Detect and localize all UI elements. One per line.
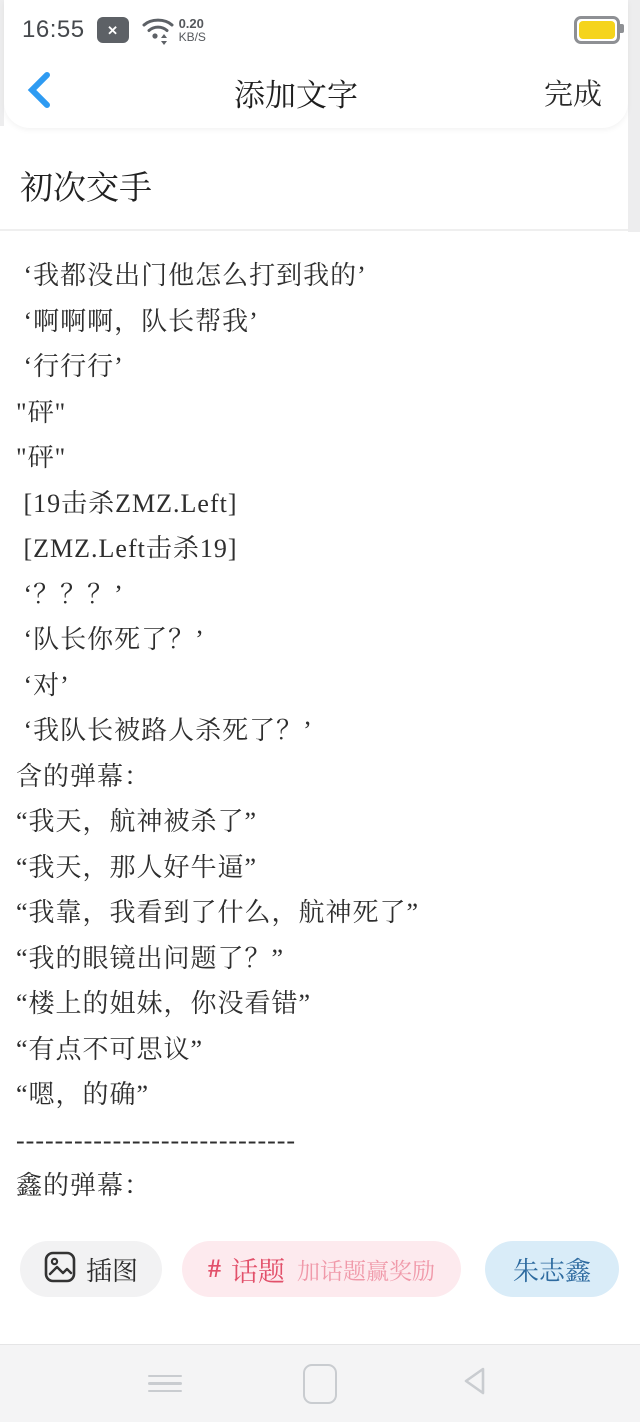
back-triangle-icon	[457, 1363, 493, 1404]
text-line: ‘对’	[16, 663, 626, 709]
page-background-strip	[628, 0, 640, 232]
text-line: “我天，那人好牛逼”	[16, 845, 626, 891]
document-title: 初次交手	[0, 128, 640, 209]
text-editor-area[interactable]: ‘我都没出门他怎么打到我的’ ‘啊啊啊，队长帮我’ ‘行行行’"砰""砰" [1…	[0, 233, 640, 1232]
topic-hint: 加话题赢奖励	[297, 1253, 435, 1286]
text-line: "砰"	[16, 435, 626, 481]
text-line: “楼上的姐妹，你没看错”	[16, 981, 626, 1027]
text-line: [19击杀ZMZ.Left]	[16, 481, 626, 527]
text-line: “有点不可思议”	[16, 1027, 626, 1073]
text-line: 鑫的弹幕：	[16, 1163, 626, 1209]
image-icon	[44, 1251, 76, 1288]
home-button[interactable]	[295, 1359, 345, 1409]
chevron-left-icon	[27, 71, 51, 114]
topic-label: 话题	[231, 1250, 285, 1289]
wifi-icon	[141, 15, 175, 45]
text-line: ‘行行行’	[16, 344, 626, 390]
text-line: [ZMZ.Left击杀19]	[16, 526, 626, 572]
battery-icon	[574, 16, 620, 44]
recents-button[interactable]	[140, 1359, 190, 1409]
home-icon	[303, 1364, 337, 1404]
tag-label: 朱志鑫	[513, 1251, 591, 1288]
text-line: "砰"	[16, 390, 626, 436]
text-line: ‘我都没出门他怎么打到我的’	[16, 253, 626, 299]
no-sim-icon: ✕	[97, 17, 129, 43]
battery-fill	[579, 21, 615, 39]
back-button[interactable]	[4, 60, 74, 124]
status-bar: 16:55 ✕ 0.20 KB/S	[22, 12, 620, 48]
title-field[interactable]: 初次交手	[0, 128, 640, 231]
clock: 16:55	[22, 16, 85, 44]
back-nav-button[interactable]	[450, 1359, 500, 1409]
text-line: ‘？？？’	[16, 572, 626, 618]
text-line: ‘队长你死了？’	[16, 617, 626, 663]
text-line: 含的弹幕：	[16, 754, 626, 800]
text-line: “我的眼镜出问题了？”	[16, 936, 626, 982]
network-speed-value: 0.20	[179, 17, 206, 31]
hash-icon: #	[208, 1254, 221, 1284]
insert-image-label: 插图	[86, 1251, 138, 1288]
network-speed: 0.20 KB/S	[179, 17, 206, 43]
text-line: “嗯，的确”	[16, 1072, 626, 1118]
page-title: 添加文字	[74, 70, 518, 115]
done-button[interactable]: 完成	[518, 60, 628, 124]
tag-chip-zhuzhixin[interactable]: 朱志鑫	[485, 1241, 619, 1297]
system-navigation-bar	[0, 1344, 640, 1422]
header-card: 16:55 ✕ 0.20 KB/S	[4, 0, 628, 128]
text-line: -----------------------------	[16, 1118, 626, 1164]
insert-image-button[interactable]: 插图	[20, 1241, 162, 1297]
recents-icon	[148, 1370, 182, 1398]
nav-bar: 添加文字 完成	[4, 60, 628, 124]
text-line: ‘我队长被路人杀死了？’	[16, 708, 626, 754]
battery-nub	[620, 24, 624, 33]
network-speed-unit: KB/S	[179, 31, 206, 44]
editor-toolbar: 插图 # 话题 加话题赢奖励 朱志鑫 电竞	[0, 1240, 640, 1298]
text-line: “我天，航神被杀了”	[16, 799, 626, 845]
phone-screen: 16:55 ✕ 0.20 KB/S	[0, 0, 640, 1422]
text-line: ‘啊啊啊，队长帮我’	[16, 299, 626, 345]
add-topic-button[interactable]: # 话题 加话题赢奖励	[182, 1241, 461, 1297]
text-line: “我靠，我看到了什么，航神死了”	[16, 890, 626, 936]
